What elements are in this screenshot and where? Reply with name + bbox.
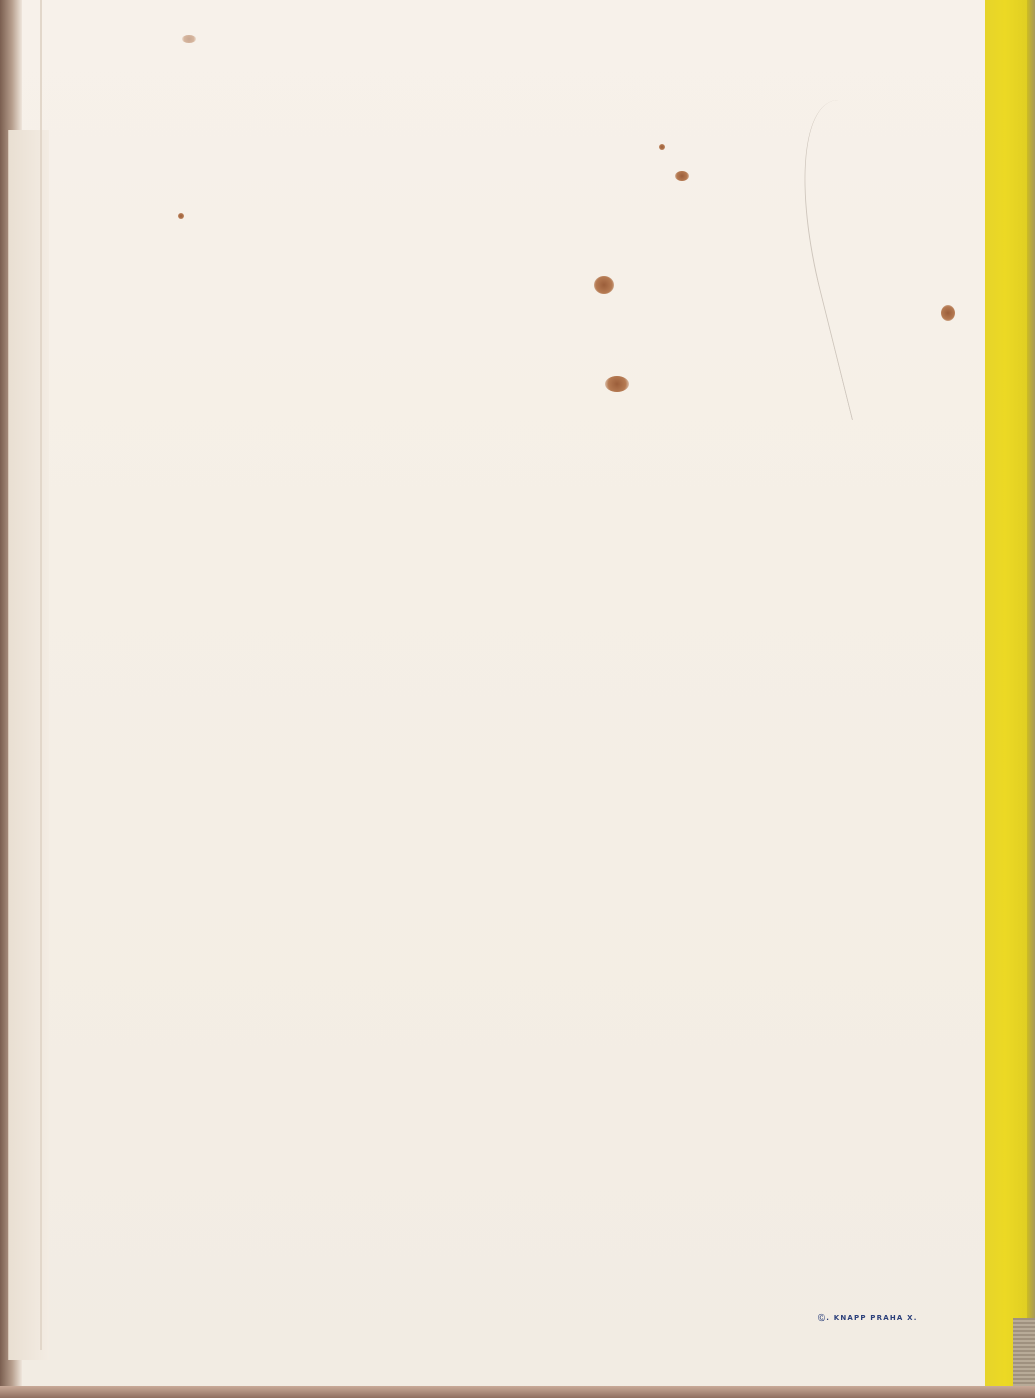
foxing-spot [182, 35, 196, 43]
spine-edge [1027, 0, 1035, 1398]
foxing-spot [605, 376, 629, 392]
foxing-spot [178, 213, 184, 219]
paper-crease [772, 100, 963, 420]
publisher-imprint: Ⓒ. KNAPP PRAHA X. [818, 1313, 918, 1323]
foxing-spot [941, 305, 955, 321]
foxing-spot [594, 276, 614, 294]
fold-line [40, 0, 42, 1350]
foxing-spot [675, 171, 689, 181]
cover-bottom-edge [0, 1386, 1035, 1398]
book-back-cover: Ⓒ. KNAPP PRAHA X. [0, 0, 1035, 1398]
foxing-spot [659, 144, 665, 150]
dust-jacket-flap [8, 130, 49, 1360]
